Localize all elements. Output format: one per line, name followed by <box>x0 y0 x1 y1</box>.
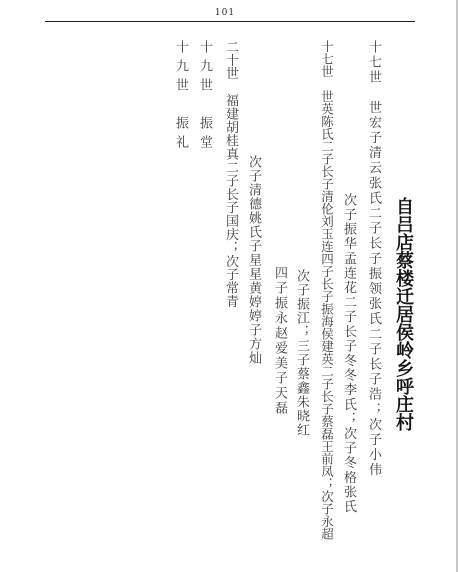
genealogy-column-6: 次子清德姚氏子星星黄婷婷子方灿 <box>247 155 260 365</box>
genealogy-column-5: 四子振永赵爱美子天磊 <box>273 266 286 416</box>
genealogy-column-7: 二十世 福建胡桂真二子长子国庆；次子常青 <box>224 40 237 308</box>
header-rule <box>45 21 415 22</box>
genealogy-column-4: 次子振江；三子蔡鑫朱晓红 <box>295 269 308 437</box>
genealogy-column-1: 十七世 世宏子清云张氏二子长子振领张氏二子长子浩；次子小伟 <box>367 40 380 478</box>
genealogy-column-2: 次子振华孟连花二子长子冬冬李氏；次子冬格张氏 <box>342 193 355 514</box>
genealogy-column-3: 十七世 世英陈氏二子长子清伦刘玉连四子长子振海侯建英二子长子蔡磊王前凤；次子永超 <box>320 40 333 540</box>
genealogy-column-9: 十九世 振礼 <box>174 40 187 154</box>
genealogy-column-8: 十九世 振堂 <box>198 40 211 154</box>
section-title: 自吕店蔡楼迁居侯岭乡呼庄村 <box>394 197 412 431</box>
document-page: 101 自吕店蔡楼迁居侯岭乡呼庄村 十七世 世宏子清云张氏二子长子振领张氏二子长… <box>0 0 458 572</box>
page-number: 101 <box>0 8 450 18</box>
